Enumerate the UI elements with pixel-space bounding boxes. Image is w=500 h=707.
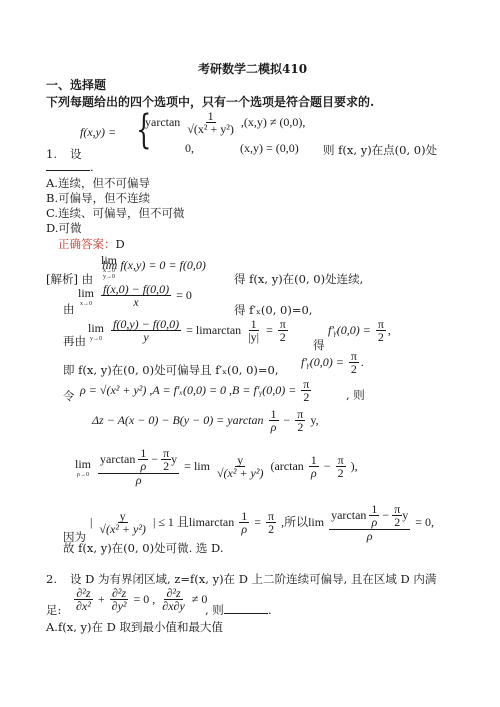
analysis-line2-result: 得 f′ₓ(0, 0)=0,	[234, 303, 312, 317]
q2-pde: ∂²z∂x² + ∂²z∂y² = 0 , ∂²z∂x∂y ≠ 0	[72, 587, 207, 613]
analysis-line3-result: f′ᵧ(0,0) = π2,	[328, 318, 391, 344]
answer-value: D	[116, 237, 125, 251]
q1-option-a: A.连续，但不可偏导	[46, 176, 150, 190]
blank-line	[224, 603, 268, 614]
analysis-line2-lim: limx→0 f(x,0) − f(0,0)x = 0	[78, 283, 192, 309]
q1-option-b: B.可偏导，但不连续	[46, 191, 150, 205]
q2-stem: 设 D 为有界闭区域, z=f(x, y)在 D 上二阶连续可偏导, 且在区域 …	[70, 572, 436, 586]
analysis-line5-suffix: , 则	[346, 388, 365, 402]
q2-tail: , 则.	[205, 603, 271, 617]
analysis-line4-text: 即 f(x, y)在(0, 0)处可偏导且 f′ₓ(0, 0)=0,	[63, 363, 279, 377]
q1-number: 1.	[46, 147, 57, 161]
q1-case1: yarctan 1 √(x² + y²) ,(x,y) ≠ (0,0),	[145, 110, 305, 136]
q1-case1-expr: yarctan	[145, 115, 180, 129]
q1-correct-answer: 正确答案：D	[58, 237, 125, 251]
q1-case1-cond: ,(x,y) ≠ (0,0),	[241, 115, 306, 129]
q1-lead: 设	[70, 147, 82, 161]
blank-line	[46, 160, 90, 171]
page-title: 考研数学二模拟410	[198, 62, 307, 76]
analysis-conclusion: 故 f(x, y)在(0, 0)处可微. 选 D.	[63, 541, 224, 555]
q1-case1-fraction: 1 √(x² + y²)	[185, 110, 236, 136]
q1-option-c: C.连续、可偏导，但不可微	[46, 206, 185, 220]
analysis-line7: limρ→0 yarctan 1ρ − π2y ρ = lim y√(x² + …	[75, 447, 358, 487]
q2-number: 2.	[46, 572, 57, 586]
instructions: 下列每题给出的四个选项中，只有一个选项是符合题目要求的.	[46, 95, 374, 109]
q2-lead: 足:	[46, 603, 61, 617]
analysis-line3-prefix: 再由	[63, 334, 86, 348]
answer-label: 正确答案：	[58, 237, 116, 251]
analysis-line3-expr: limy→0 f(0,y) − f(0,0)y = limarctan 1|y|…	[88, 318, 290, 344]
q1-case2-expr: 0,	[185, 141, 194, 156]
section-heading: 一、选择题	[46, 78, 106, 92]
q2-option-a: A.f(x, y)在 D 取到最小值和最大值	[46, 620, 223, 634]
analysis-continuous: 得 f(x, y)在(0, 0)处连续,	[234, 272, 363, 286]
analysis-limit1: limx→0y→0 lim f(x,y) = 0 = f(0,0)	[101, 253, 206, 280]
q1-func-lhs: f(x,y) =	[80, 125, 116, 140]
analysis-line4-result: f′ᵧ(0,0) = π2.	[301, 350, 364, 376]
q1-answer-blank: .	[46, 160, 94, 174]
analysis-line5-expr: ρ = √(x² + y²) ,A = f′ₓ(0,0) = 0 ,B = f′…	[80, 378, 313, 404]
analysis-line2-prefix: 由	[63, 302, 75, 316]
q1-case2-cond: (x,y) = (0,0)	[240, 141, 299, 156]
analysis-line8: | y√(x² + y²) | ≤ 1 且limarctan 1ρ = π2 ,…	[90, 503, 434, 543]
q1-tail: 则 f(x, y)在点(0, 0)处	[323, 143, 437, 157]
analysis-line5-prefix: 令	[63, 389, 75, 403]
analysis-line6: Δz − A(x − 0) − B(y − 0) = yarctan 1ρ − …	[92, 408, 319, 434]
q1-option-d: D.可微	[46, 221, 81, 235]
